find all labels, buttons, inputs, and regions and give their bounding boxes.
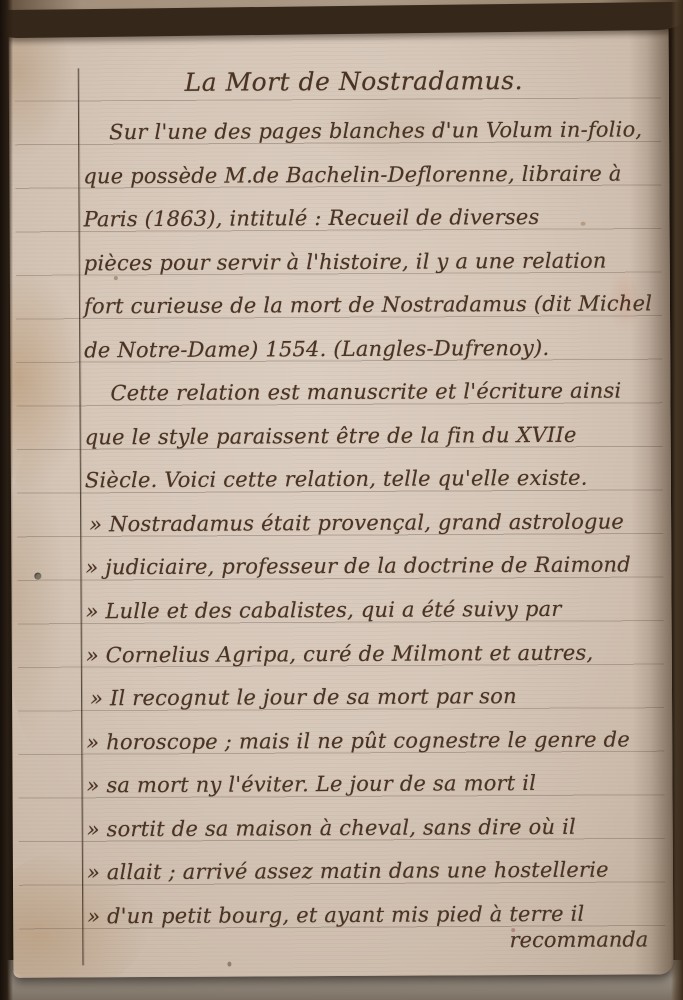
manuscript-line: » sortit de sa maison à cheval, sans dir… (87, 805, 662, 852)
manuscript-line: Siècle. Voici cette relation, telle qu'e… (85, 457, 660, 504)
manuscript-page: La Mort de Nostradamus. Sur l'une des pa… (9, 21, 674, 977)
manuscript-line: » sa mort ny l'éviter. Le jour de sa mor… (86, 762, 661, 809)
manuscript-line: » Nostradamus était provençal, grand ast… (85, 500, 660, 547)
page-title: La Mort de Nostradamus. (129, 66, 579, 97)
manuscript-photo: La Mort de Nostradamus. Sur l'une des pa… (0, 0, 683, 1000)
manuscript-line: pièces pour servir à l'histoire, il y a … (84, 239, 659, 286)
manuscript-line: » Cornelius Agripa, curé de Milmont et a… (86, 631, 661, 678)
manuscript-line: » judiciaire, professeur de la doctrine … (85, 544, 660, 591)
manuscript-line: que possède M.de Bachelin-Deflorenne, li… (83, 152, 658, 199)
catchword: recommanda (433, 927, 648, 952)
manuscript-line: » allait ; arrivé assez matin dans une h… (87, 849, 662, 896)
manuscript-line: de Notre-Dame) 1554. (Langles-Dufrenoy). (84, 326, 659, 373)
manuscript-line: Cette relation est manuscrite et l'écrit… (84, 370, 659, 417)
manuscript-line: que le style paraissent être de la fin d… (85, 413, 660, 460)
manuscript-line: » horoscope ; mais il ne pût cognestre l… (86, 718, 661, 765)
manuscript-line: » Il recognut le jour de sa mort par son (86, 674, 661, 721)
manuscript-text: Sur l'une des pages blanches d'un Volum … (83, 108, 662, 938)
manuscript-line: » Lulle et des cabalistes, qui a été sui… (85, 587, 660, 634)
book-fore-edge (671, 0, 683, 1000)
book-gutter (0, 0, 13, 1000)
manuscript-line: Paris (1863), intitulé : Recueil de dive… (83, 195, 658, 242)
manuscript-line: fort curieuse de la mort de Nostradamus … (84, 283, 659, 330)
manuscript-line: Sur l'une des pages blanches d'un Volum … (83, 108, 658, 155)
